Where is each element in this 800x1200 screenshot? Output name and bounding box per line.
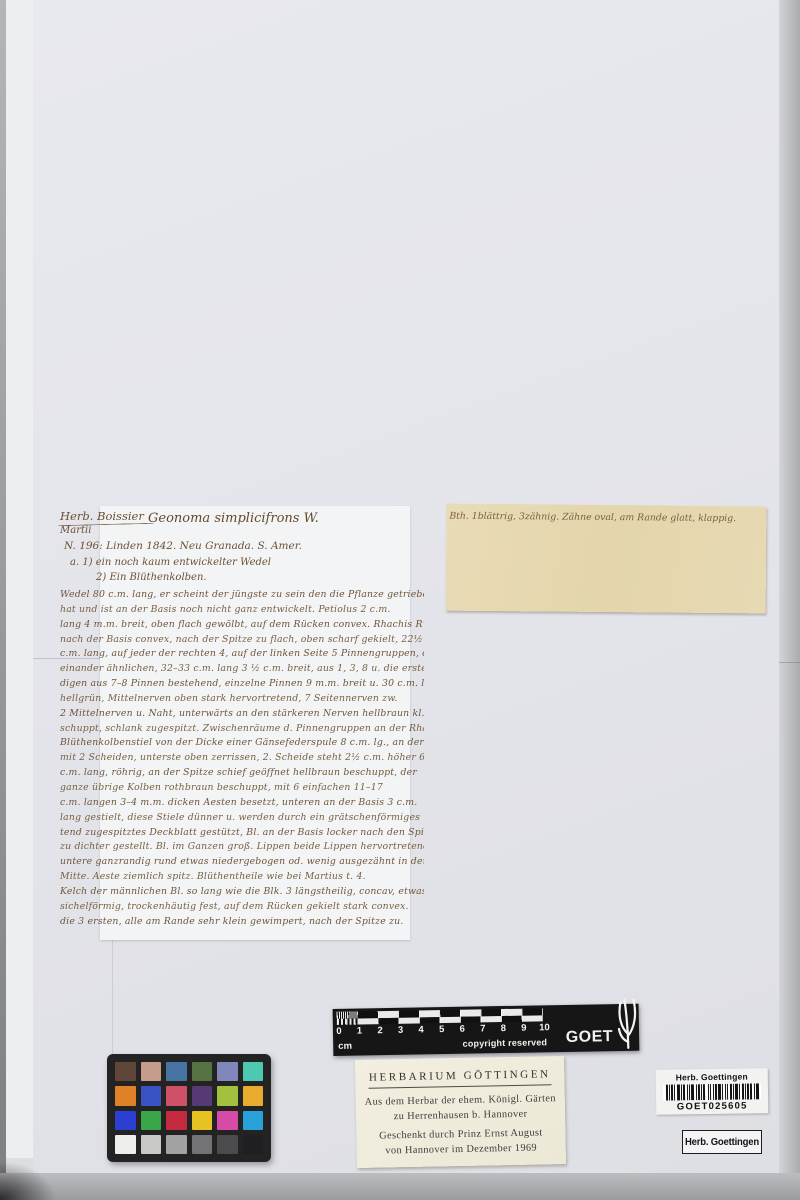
handwriting-line: lang gestielt, diese Stiele dünner u. we… — [60, 811, 424, 826]
color-patch — [115, 1086, 136, 1105]
ruler-number: 9 — [521, 1023, 526, 1034]
color-patch — [166, 1111, 187, 1130]
handwriting-line: hat und ist an der Basis noch nicht ganz… — [60, 603, 424, 618]
ruler-number: 8 — [501, 1023, 506, 1034]
manuscript-collection: Herb. Boissier — [60, 509, 144, 523]
manuscript-note: Herb. Boissier Geonoma simplicifrons W. … — [56, 500, 430, 930]
ruler-number: 1 — [357, 1025, 362, 1036]
ruler-checker-strip — [337, 1008, 543, 1025]
manuscript-species-title: Geonoma simplicifrons W. — [148, 511, 319, 526]
color-patch — [243, 1111, 264, 1130]
handwriting-line: digen aus 7–8 Pinnen bestehend, einzelne… — [60, 677, 424, 692]
color-patch — [217, 1135, 238, 1154]
color-patch — [192, 1135, 213, 1154]
ruler-number: 10 — [539, 1022, 550, 1033]
handwriting-line: sichelförmig, trockenhäutig fest, auf de… — [60, 900, 424, 915]
color-patch — [217, 1062, 238, 1081]
herbarium-label-title: HERBARIUM GÖTTINGEN — [355, 1068, 564, 1084]
ruler-unit-label: cm — [338, 1041, 352, 1052]
herbarium-label: HERBARIUM GÖTTINGEN Aus dem Herbar der e… — [355, 1056, 566, 1168]
handwriting-line: Wedel 80 c.m. lang, er scheint der jüngs… — [60, 588, 424, 603]
ruler-number: 3 — [398, 1025, 403, 1036]
handwriting-line: schuppt, schlank zugespitzt. Zwischenräu… — [60, 722, 424, 737]
color-patch — [217, 1111, 238, 1130]
color-patch — [192, 1086, 213, 1105]
herb-stamp: Herb. Goettingen — [682, 1130, 762, 1154]
ruler-brand-text: GOET — [566, 1028, 614, 1047]
handwriting-line: Blüthenkolbenstiel von der Dicke einer G… — [60, 736, 424, 751]
manuscript-item-a: a. 1) ein noch kaum entwickelter Wedel — [70, 557, 271, 568]
handwriting-line: einander ähnlichen, 32–33 c.m. lang 3 ½ … — [60, 662, 424, 677]
handwriting-line: ganze übrige Kolben rothbraun beschuppt,… — [60, 781, 424, 796]
color-patch — [192, 1111, 213, 1130]
under-sheet-strip — [6, 0, 34, 1158]
color-patch — [217, 1086, 238, 1105]
handwriting-line: hellgrün, Mittelnerven oben stark hervor… — [60, 692, 424, 707]
handwriting-line: 2 Mittelnerven u. Naht, unterwärts an de… — [60, 707, 424, 722]
handwriting-line: nach der Basis convex, nach der Spitze z… — [60, 633, 424, 648]
handwriting-line: Mitte. Aeste ziemlich spitz. Blüthenthei… — [60, 870, 424, 885]
ruler-number: 7 — [480, 1023, 485, 1034]
ruler-copyright-text: copyright reserved — [429, 1037, 547, 1049]
manuscript-number-line: N. 196: Linden 1842. Neu Granada. S. Ame… — [64, 540, 302, 552]
photo-scene: Herb. Boissier Geonoma simplicifrons W. … — [0, 0, 800, 1200]
color-patch — [141, 1111, 162, 1130]
manuscript-source-note: Martii — [60, 525, 91, 536]
slip-handwriting: Bth. 1blättrig, 3zähnig. Zähne oval, am … — [449, 511, 736, 525]
manuscript-item-b: 2) Ein Blüthenkolben. — [96, 572, 207, 583]
color-patch — [192, 1062, 213, 1081]
barcode — [663, 1083, 761, 1100]
handwriting-line: c.m. langen 3–4 m.m. dicken Aesten beset… — [60, 796, 424, 811]
color-checker-card — [107, 1054, 271, 1162]
barcode-label-title: Herb. Goettingen — [656, 1071, 768, 1083]
background-bottom-band — [0, 1173, 800, 1200]
handwriting-line: tend zugespitztes Deckblatt gestützt, Bl… — [60, 826, 424, 841]
handwriting-line: mit 2 Scheiden, unterste oben zerrissen,… — [60, 751, 424, 766]
color-patch — [166, 1086, 187, 1105]
ruler-number: 5 — [439, 1024, 444, 1035]
color-patch — [243, 1135, 264, 1154]
ruler-number: 6 — [460, 1024, 465, 1035]
handwriting-line: die 3 ersten, alle am Rande sehr klein g… — [60, 915, 424, 930]
handwriting-line: zu dichter gestellt. Bl. im Ganzen groß.… — [60, 840, 424, 855]
annotation-slip: Bth. 1blättrig, 3zähnig. Zähne oval, am … — [446, 504, 767, 614]
handwriting-line: Kelch der männlichen Bl. so lang wie die… — [60, 885, 424, 900]
barcode-label: Herb. Goettingen GOET025605 — [656, 1068, 769, 1115]
sedge-plant-icon — [611, 994, 642, 1051]
color-patch — [115, 1062, 136, 1081]
color-patch — [166, 1135, 187, 1154]
herb-stamp-text: Herb. Goettingen — [685, 1137, 759, 1148]
handwriting-line: lang 4 m.m. breit, oben flach gewölbt, a… — [60, 618, 424, 633]
label-rule — [368, 1084, 552, 1089]
color-patch — [243, 1062, 264, 1081]
color-patch — [243, 1086, 264, 1105]
ruler-number: 2 — [377, 1025, 382, 1036]
color-patch — [115, 1135, 136, 1154]
color-patch — [141, 1086, 162, 1105]
barcode-code: GOET025605 — [656, 1100, 768, 1113]
ruler-number: 4 — [418, 1024, 423, 1035]
handwriting-line: c.m. lang, röhrig, an der Spitze schief … — [60, 766, 424, 781]
scale-bar: 012345678910 cm copyright reserved GOET — [333, 1004, 640, 1056]
manuscript-body: Wedel 80 c.m. lang, er scheint der jüngs… — [60, 588, 424, 929]
handwriting-line: untere ganzrandig rund etwas niedergebog… — [60, 855, 424, 870]
ruler-mm-ticks — [337, 1012, 358, 1019]
background-right-band — [779, 0, 800, 1173]
color-patch — [141, 1135, 162, 1154]
corner-shadow — [0, 1130, 120, 1200]
handwriting-line: c.m. lang, auf jeder der rechten 4, auf … — [60, 647, 424, 662]
color-patch — [166, 1062, 187, 1081]
color-patch — [115, 1111, 136, 1130]
ruler-number: 0 — [336, 1026, 341, 1037]
color-patch — [141, 1062, 162, 1081]
board-edge-line — [779, 662, 800, 663]
